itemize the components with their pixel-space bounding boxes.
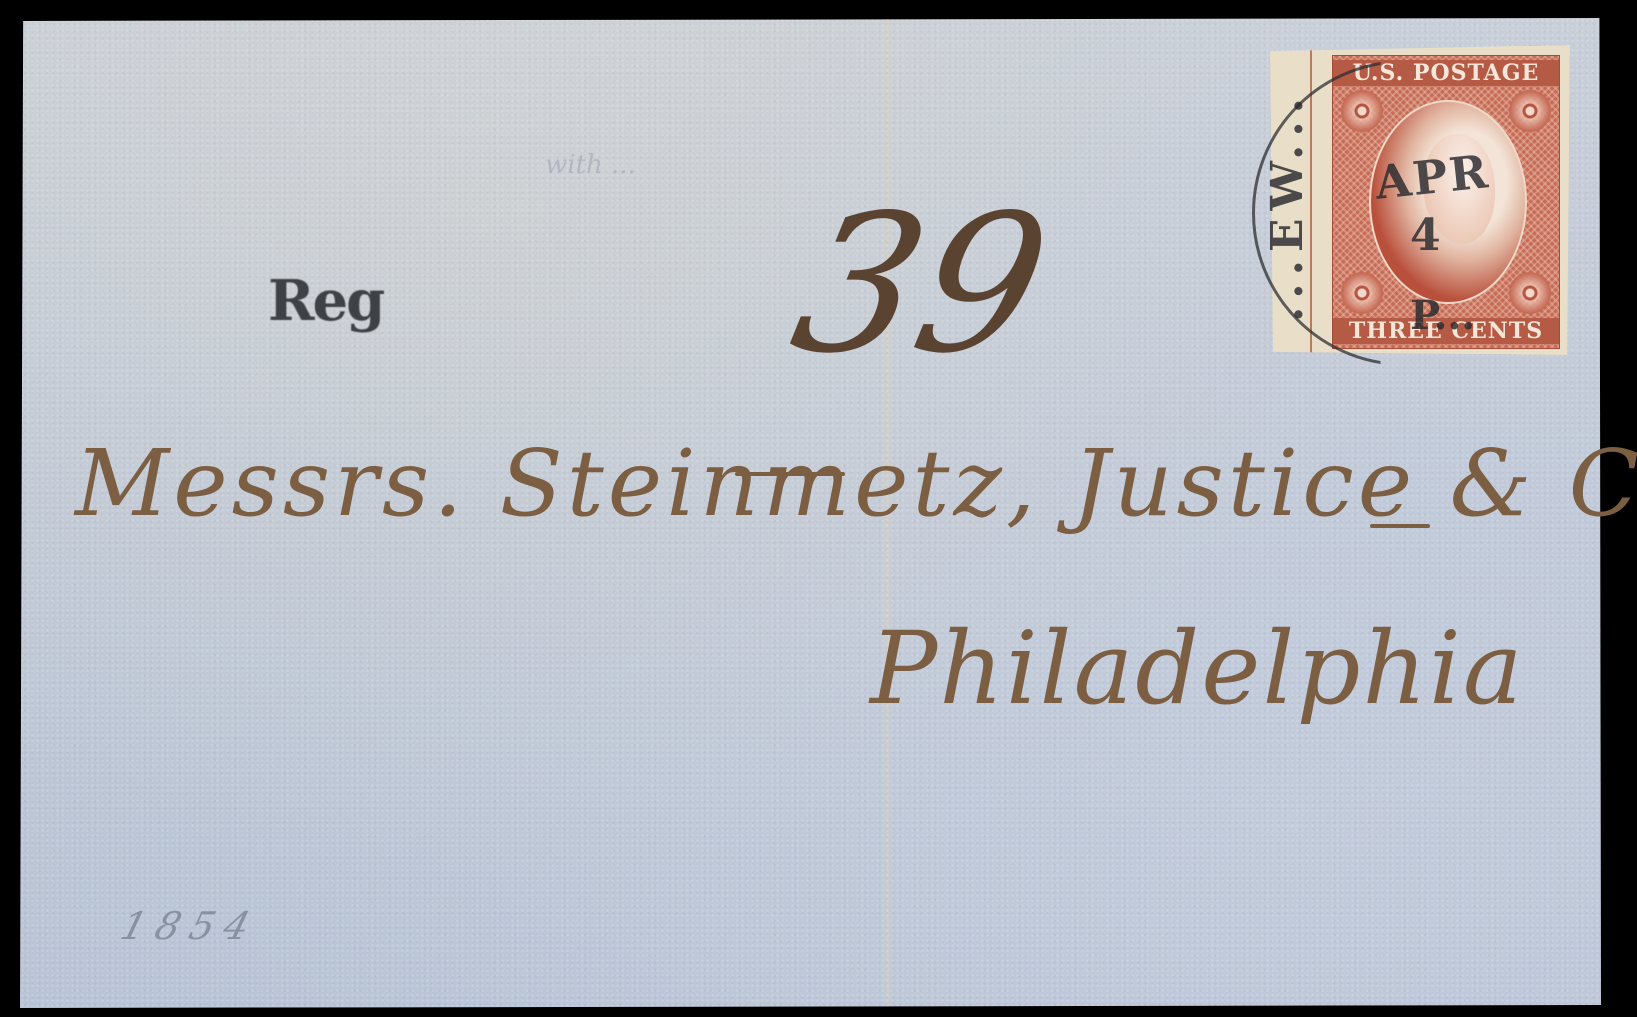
postmark-paid: P... [1410, 292, 1475, 339]
t-cross-stroke [735, 472, 845, 476]
pencil-note: with ... [545, 150, 636, 180]
reg-handstamp: Reg [268, 268, 383, 334]
address-addressee: Messrs. Steinmetz, Justice & Co [75, 430, 1637, 537]
cover-photo: with ... Reg 39 Messrs. Steinmetz, Justi… [0, 0, 1637, 1017]
postmark-day: 4 [1410, 210, 1441, 261]
postmark-town: ...EW... [1262, 90, 1313, 322]
rosette-icon [1509, 272, 1551, 314]
co-underline [1370, 524, 1430, 528]
docket-year: 1854 [116, 904, 265, 948]
rosette-icon [1509, 90, 1551, 132]
rate-numeral: 39 [780, 190, 1062, 380]
address-city: Philadelphia [870, 610, 1524, 727]
